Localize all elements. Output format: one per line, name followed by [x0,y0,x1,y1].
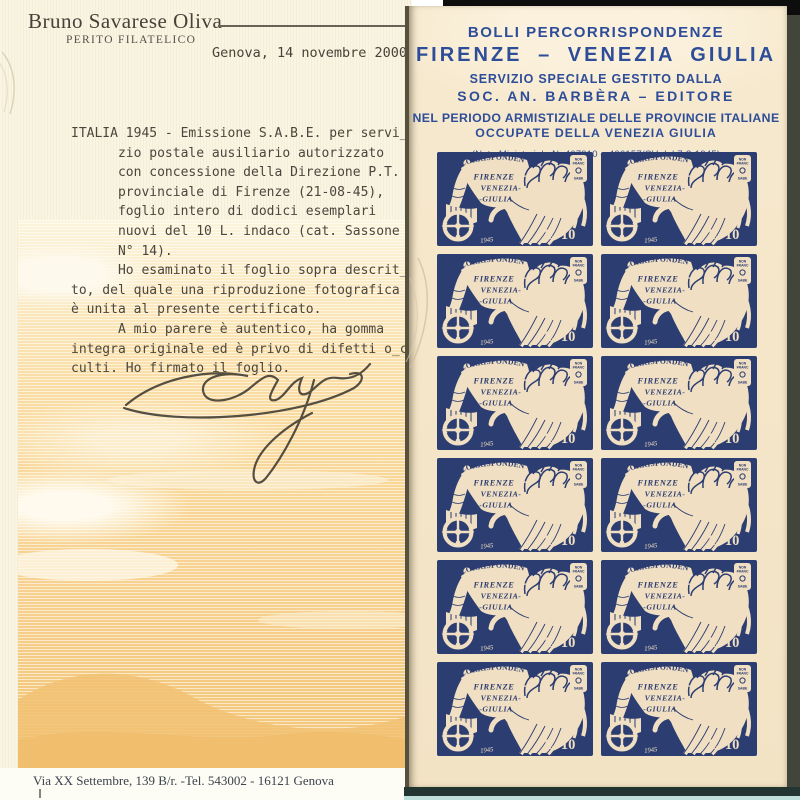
body-line: provinciale di Firenze (21-08-45), [71,183,415,203]
body-line: nuovi del 10 L. indaco (cat. Sassone [71,222,415,242]
sheet-title-line5: NEL PERIODO ARMISTIZIALE DELLE PROVINCIE… [412,111,780,125]
stamp [601,662,757,756]
sheet-title-line2: FIRENZE – VENEZIA GIULIA [412,44,780,67]
body-line: è unita al presente certificato. [71,300,415,320]
expert-title: PERITO FILATELICO [66,34,196,46]
sheet-header: BOLLI PERCORRISPONDENZE FIRENZE – VENEZI… [412,24,780,160]
name-rule-line [218,25,406,27]
body-line: to, del quale una riproduzione fotografi… [71,281,415,301]
certificate-body-text: ITALIA 1945 - Emissione S.A.B.E. per ser… [71,124,415,379]
expert-name: Bruno Savarese Oliva [28,9,222,34]
stamp [437,662,593,756]
footer-address: Via XX Settembre, 139 B/r. -Tel. 543002 … [33,773,334,789]
paper-edge-arcs-icon [0,48,30,118]
stamp [437,560,593,654]
stamp [437,458,593,552]
body-line: N° 14). [71,242,415,262]
stamp [601,152,757,246]
body-line: A mio parere è autentico, ha gomma [71,320,415,340]
stamp [601,356,757,450]
stamp [437,152,593,246]
sheet-title-line4: SOC. AN. BARBÈRA – EDITORE [412,88,780,104]
sheet-title-line1: BOLLI PERCORRISPONDENZE [412,24,780,41]
body-line: zio postale ausiliario autorizzato [71,144,415,164]
signature [118,350,380,502]
body-line: Ho esaminato il foglio sopra descrit̲ [71,261,415,281]
photo-background-bottom-light [404,796,800,800]
body-line: foglio intero di dodici esemplari [71,202,415,222]
body-line: ITALIA 1945 - Emissione S.A.B.E. per ser… [71,124,415,144]
certificate-panel: Bruno Savarese Oliva PERITO FILATELICO G… [0,0,412,800]
stamp [437,356,593,450]
stamp [601,254,757,348]
stamp-grid [437,152,757,756]
stamp [601,458,757,552]
stamp [437,254,593,348]
body-line: con concessione della Direzione P.T. [71,163,415,183]
sheet-title-line3: SERVIZIO SPECIALE GESTITO DALLA [412,72,780,86]
dateline: Genova, 14 novembre 2000 [212,45,407,61]
stamp [601,560,757,654]
scanned-certificate-page: Bruno Savarese Oliva PERITO FILATELICO G… [0,0,800,800]
footer-tick-mark [39,789,41,798]
sheet-title-line6: OCCUPATE DELLA VENEZIA GIULIA [412,126,780,140]
